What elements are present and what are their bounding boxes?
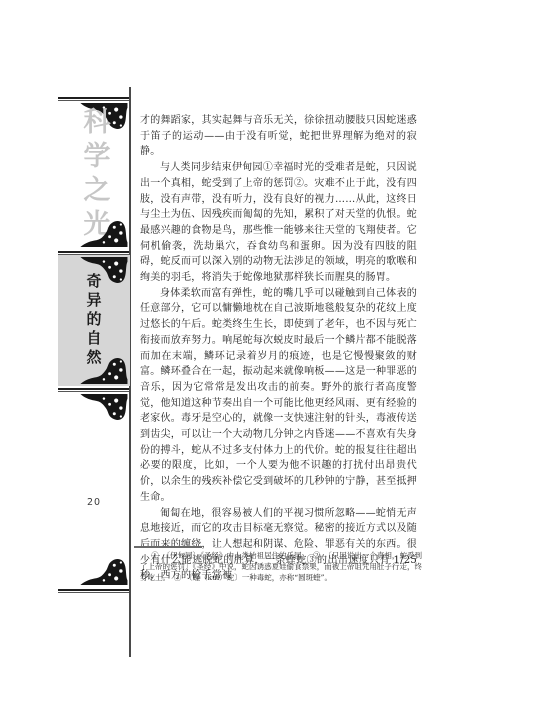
corner-flourish-icon [77, 216, 129, 248]
series-title-panel: 科学之光 [58, 101, 130, 249]
footnote-separator [134, 546, 202, 548]
column-title-panel: 奇异的自然 [58, 255, 130, 386]
paragraph: 才的舞蹈家，其实起舞与音乐无关，徐徐扭动腰肢只因蛇迷惑于笛子的运动——由于没有听… [140, 113, 417, 160]
sidebar-divider [58, 589, 130, 593]
page-number-panel: 20 [58, 392, 130, 587]
footnotes: ① 〔伊甸园〕《圣经》中人类始祖居住的乐园。 ② 〔只因说出一个真相，蛇受到了上… [140, 551, 422, 583]
corner-flourish-icon [77, 393, 129, 425]
book-page: 科学之光 奇异的自然 [0, 0, 550, 711]
corner-flourish-icon [77, 353, 129, 385]
paragraph: 与人类同步结束伊甸园①幸福时光的受难者是蛇，只因说出一个真相，蛇受到了上帝的惩罚… [140, 160, 417, 286]
corner-flourish-icon [77, 554, 129, 586]
paragraph: 身体柔软而富有弹性，蛇的嘴几乎可以碰触到自己体表的任意部分，它可以慵懒地枕在自己… [140, 286, 417, 506]
body-text: 才的舞蹈家，其实起舞与音乐无关，徐徐扭动腰肢只因蛇迷惑于笛子的运动——由于没有听… [140, 113, 417, 584]
page-number: 20 [58, 497, 130, 508]
